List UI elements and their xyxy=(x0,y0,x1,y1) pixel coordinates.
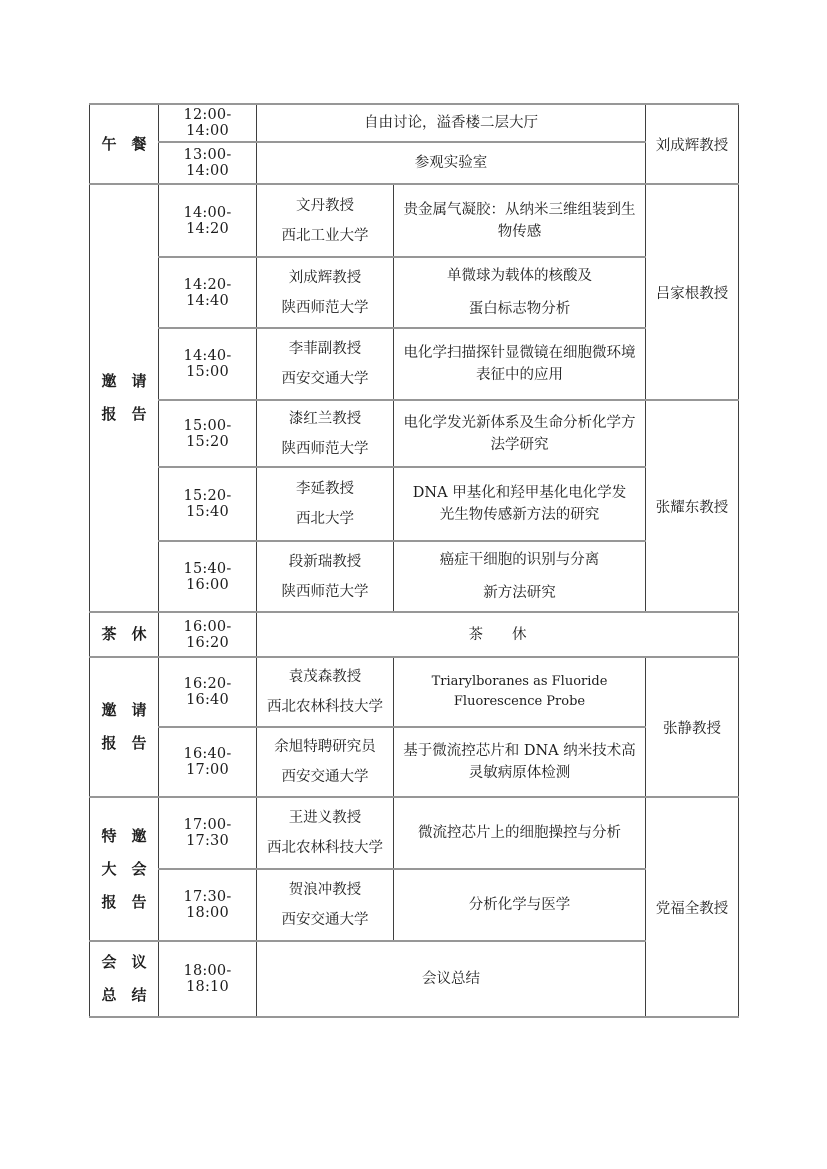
section-cell-lunch: 午 餐 xyxy=(90,104,159,184)
speaker-cell: 袁茂森教授 西北农林科技大学 xyxy=(257,657,394,727)
speaker-affiliation: 西安交通大学 xyxy=(263,910,387,930)
talk-title: 微流控芯片上的细胞操控与分析 xyxy=(394,797,646,869)
speaker-cell: 漆红兰教授 陕西师范大学 xyxy=(257,400,394,467)
speaker-cell: 李菲副教授 西安交通大学 xyxy=(257,328,394,400)
speaker-affiliation: 西北大学 xyxy=(263,509,387,529)
time-cell: 14:00-14:20 xyxy=(159,184,257,257)
talk-title-line: 单微球为载体的核酸及 xyxy=(400,265,639,287)
section-label-line: 邀 请 xyxy=(92,694,156,727)
talk-title-line: 新方法研究 xyxy=(400,582,639,604)
section-label-line: 会 议 xyxy=(92,946,156,979)
section-label-line: 邀 请 xyxy=(92,365,156,398)
time-cell: 16:40-17:00 xyxy=(159,727,257,797)
speaker-affiliation: 陕西师范大学 xyxy=(263,298,387,318)
section-label-line: 报 告 xyxy=(92,886,156,919)
time-cell: 14:20-14:40 xyxy=(159,257,257,328)
time-cell: 12:00-14:00 xyxy=(159,104,257,142)
speaker-name: 刘成辉教授 xyxy=(263,268,387,288)
event-description: 自由讨论，溢香楼二层大厅 xyxy=(257,104,646,142)
section-cell-invited-talks-2: 邀 请 报 告 xyxy=(90,657,159,797)
time-cell: 18:00-18:10 xyxy=(159,941,257,1017)
session-chair: 张耀东教授 xyxy=(646,400,739,612)
session-chair: 党福全教授 xyxy=(646,797,739,1017)
section-label-line: 特 邀 xyxy=(92,820,156,853)
time-cell: 15:20-15:40 xyxy=(159,467,257,541)
speaker-cell: 段新瑞教授 陕西师范大学 xyxy=(257,541,394,612)
speaker-affiliation: 西北农林科技大学 xyxy=(263,838,387,858)
section-cell-closing-summary: 会 议 总 结 xyxy=(90,941,159,1017)
speaker-name: 文丹教授 xyxy=(263,196,387,216)
event-description: 会议总结 xyxy=(257,941,646,1017)
section-label-line: 大 会 xyxy=(92,853,156,886)
document-page: 午 餐 12:00-14:00 自由讨论，溢香楼二层大厅 刘成辉教授 13:00… xyxy=(0,0,827,1169)
section-cell-invited-talks-1: 邀 请 报 告 xyxy=(90,184,159,612)
section-cell-plenary-talks: 特 邀 大 会 报 告 xyxy=(90,797,159,941)
time-cell: 15:00-15:20 xyxy=(159,400,257,467)
speaker-cell: 刘成辉教授 陕西师范大学 xyxy=(257,257,394,328)
section-label-line: 总 结 xyxy=(92,979,156,1012)
speaker-affiliation: 西安交通大学 xyxy=(263,767,387,787)
speaker-cell: 王进义教授 西北农林科技大学 xyxy=(257,797,394,869)
session-chair: 张静教授 xyxy=(646,657,739,797)
speaker-name: 李菲副教授 xyxy=(263,339,387,359)
conference-program-table: 午 餐 12:00-14:00 自由讨论，溢香楼二层大厅 刘成辉教授 13:00… xyxy=(89,103,739,1018)
talk-title: 贵金属气凝胶：从纳米三维组装到生物传感 xyxy=(394,184,646,257)
talk-title: 癌症干细胞的识别与分离 新方法研究 xyxy=(394,541,646,612)
talk-title: 电化学扫描探针显微镜在细胞微环境表征中的应用 xyxy=(394,328,646,400)
speaker-name: 余旭特聘研究员 xyxy=(263,737,387,757)
time-cell: 16:00-16:20 xyxy=(159,612,257,657)
speaker-name: 王进义教授 xyxy=(263,808,387,828)
speaker-cell: 李延教授 西北大学 xyxy=(257,467,394,541)
speaker-affiliation: 西安交通大学 xyxy=(263,369,387,389)
time-cell: 17:30-18:00 xyxy=(159,869,257,941)
time-cell: 13:00-14:00 xyxy=(159,142,257,184)
speaker-cell: 余旭特聘研究员 西安交通大学 xyxy=(257,727,394,797)
talk-title-line: 蛋白标志物分析 xyxy=(400,298,639,320)
time-cell: 14:40-15:00 xyxy=(159,328,257,400)
speaker-name: 贺浪冲教授 xyxy=(263,880,387,900)
section-cell-tea-break: 茶 休 xyxy=(90,612,159,657)
talk-title: 分析化学与医学 xyxy=(394,869,646,941)
talk-title: 电化学发光新体系及生命分析化学方法学研究 xyxy=(394,400,646,467)
speaker-cell: 文丹教授 西北工业大学 xyxy=(257,184,394,257)
time-cell: 17:00-17:30 xyxy=(159,797,257,869)
talk-title: DNA 甲基化和羟甲基化电化学发光生物传感新方法的研究 xyxy=(394,467,646,541)
speaker-affiliation: 陕西师范大学 xyxy=(263,582,387,602)
speaker-affiliation: 西北农林科技大学 xyxy=(263,697,387,717)
talk-title: 基于微流控芯片和 DNA 纳米技术高灵敏病原体检测 xyxy=(394,727,646,797)
speaker-affiliation: 陕西师范大学 xyxy=(263,439,387,459)
section-label: 午 餐 xyxy=(92,128,156,161)
event-description: 茶 休 xyxy=(257,612,739,657)
talk-title-line: 癌症干细胞的识别与分离 xyxy=(400,549,639,571)
speaker-affiliation: 西北工业大学 xyxy=(263,226,387,246)
section-label-line: 报 告 xyxy=(92,727,156,760)
speaker-name: 漆红兰教授 xyxy=(263,409,387,429)
speaker-name: 李延教授 xyxy=(263,479,387,499)
section-label: 茶 休 xyxy=(92,618,156,651)
talk-title: Triarylboranes as Fluoride Fluorescence … xyxy=(394,657,646,727)
time-cell: 16:20-16:40 xyxy=(159,657,257,727)
section-label-line: 报 告 xyxy=(92,398,156,431)
speaker-name: 段新瑞教授 xyxy=(263,552,387,572)
speaker-cell: 贺浪冲教授 西安交通大学 xyxy=(257,869,394,941)
event-description: 参观实验室 xyxy=(257,142,646,184)
talk-title: 单微球为载体的核酸及 蛋白标志物分析 xyxy=(394,257,646,328)
session-chair: 刘成辉教授 xyxy=(646,104,739,184)
session-chair: 吕家根教授 xyxy=(646,184,739,400)
time-cell: 15:40-16:00 xyxy=(159,541,257,612)
speaker-name: 袁茂森教授 xyxy=(263,667,387,687)
